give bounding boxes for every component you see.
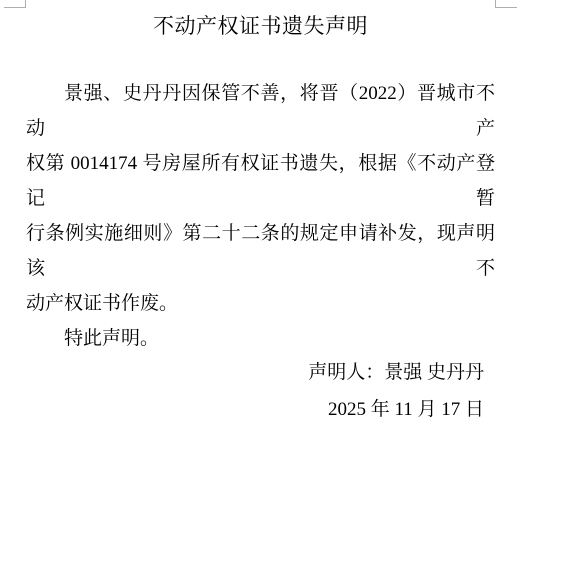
declarant-signature: 声明人：景强 史丹丹 bbox=[26, 355, 495, 391]
declaration-date: 2025 年 11 月 17 日 bbox=[26, 392, 495, 428]
body-line-1: 景强、史丹丹因保管不善，将晋（2022）晋城市不动产 bbox=[26, 76, 495, 146]
closing-statement: 特此声明。 bbox=[26, 321, 495, 356]
body-line-2: 权第 0014174 号房屋所有权证书遗失，根据《不动产登记暂 bbox=[26, 146, 495, 216]
document-title: 不动产权证书遗失声明 bbox=[26, 11, 495, 41]
document-page: 不动产权证书遗失声明 景强、史丹丹因保管不善，将晋（2022）晋城市不动产 权第… bbox=[0, 0, 566, 572]
text-boundary-mark-top-left-horizontal bbox=[4, 7, 26, 8]
text-boundary-mark-top-right-vertical bbox=[495, 0, 496, 8]
text-boundary-mark-top-left-vertical bbox=[25, 0, 26, 8]
document-body: 景强、史丹丹因保管不善，将晋（2022）晋城市不动产 权第 0014174 号房… bbox=[26, 76, 495, 356]
text-boundary-mark-top-right-horizontal bbox=[495, 7, 517, 8]
body-line-3: 行条例实施细则》第二十二条的规定申请补发，现声明该不 bbox=[26, 216, 495, 286]
body-line-4: 动产权证书作废。 bbox=[26, 286, 495, 321]
